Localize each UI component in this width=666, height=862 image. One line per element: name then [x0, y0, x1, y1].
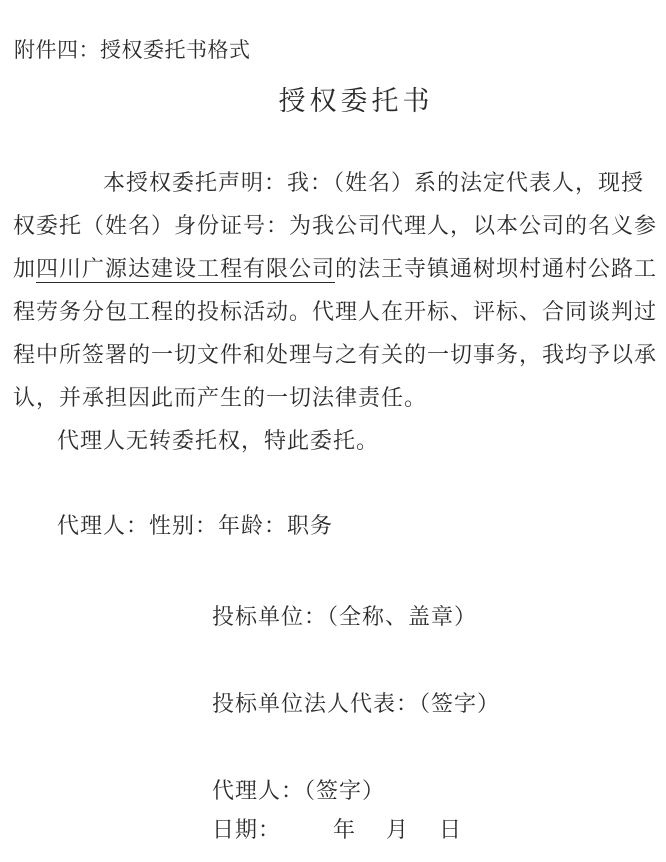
agent-info-line: 代理人：性别：年龄：职务	[57, 510, 333, 542]
day-label: 日	[439, 817, 462, 842]
company-name-underlined: 四川广源达建设工程有限公司	[36, 256, 335, 283]
document-title: 授权委托书	[0, 79, 666, 118]
document-page: 附件四：授权委托书格式 授权委托书 本授权委托声明：我：（姓名）系的法定代表人，…	[0, 0, 666, 862]
body-line-7: 代理人无转委托权，特此委托。	[13, 419, 660, 462]
body-line-3: 加四川广源达建设工程有限公司的法王寺镇通树坝村通村公路工	[13, 247, 660, 290]
body-line-2: 权委托（姓名）身份证号：为我公司代理人，以本公司的名义参	[13, 204, 660, 247]
body-line-5: 程中所签署的一切文件和处理与之有关的一切事务，我均予以承	[13, 333, 660, 376]
attachment-heading: 附件四：授权委托书格式	[14, 34, 251, 64]
date-label: 日期：	[212, 817, 281, 842]
body-paragraph: 本授权委托声明：我：（姓名）系的法定代表人，现授 权委托（姓名）身份证号：为我公…	[13, 161, 660, 462]
body-line-6: 认，并承担因此而产生的一切法律责任。	[13, 376, 660, 419]
legal-representative-signature-line: 投标单位法人代表：（签字）	[212, 688, 500, 720]
body-line-3-prefix: 加	[13, 256, 36, 281]
body-line-4: 程劳务分包工程的投标活动。代理人在开标、评标、合同谈判过	[13, 290, 660, 333]
date-line: 日期：年月日	[212, 814, 462, 846]
year-label: 年	[333, 817, 356, 842]
agent-signature-line: 代理人：（签字）	[212, 775, 385, 807]
body-line-3-suffix: 的法王寺镇通树坝村通村公路工	[335, 256, 657, 281]
bidder-signature-line: 投标单位：（全称、盖章）	[212, 601, 477, 633]
body-line-1: 本授权委托声明：我：（姓名）系的法定代表人，现授	[13, 161, 660, 204]
month-label: 月	[386, 817, 409, 842]
